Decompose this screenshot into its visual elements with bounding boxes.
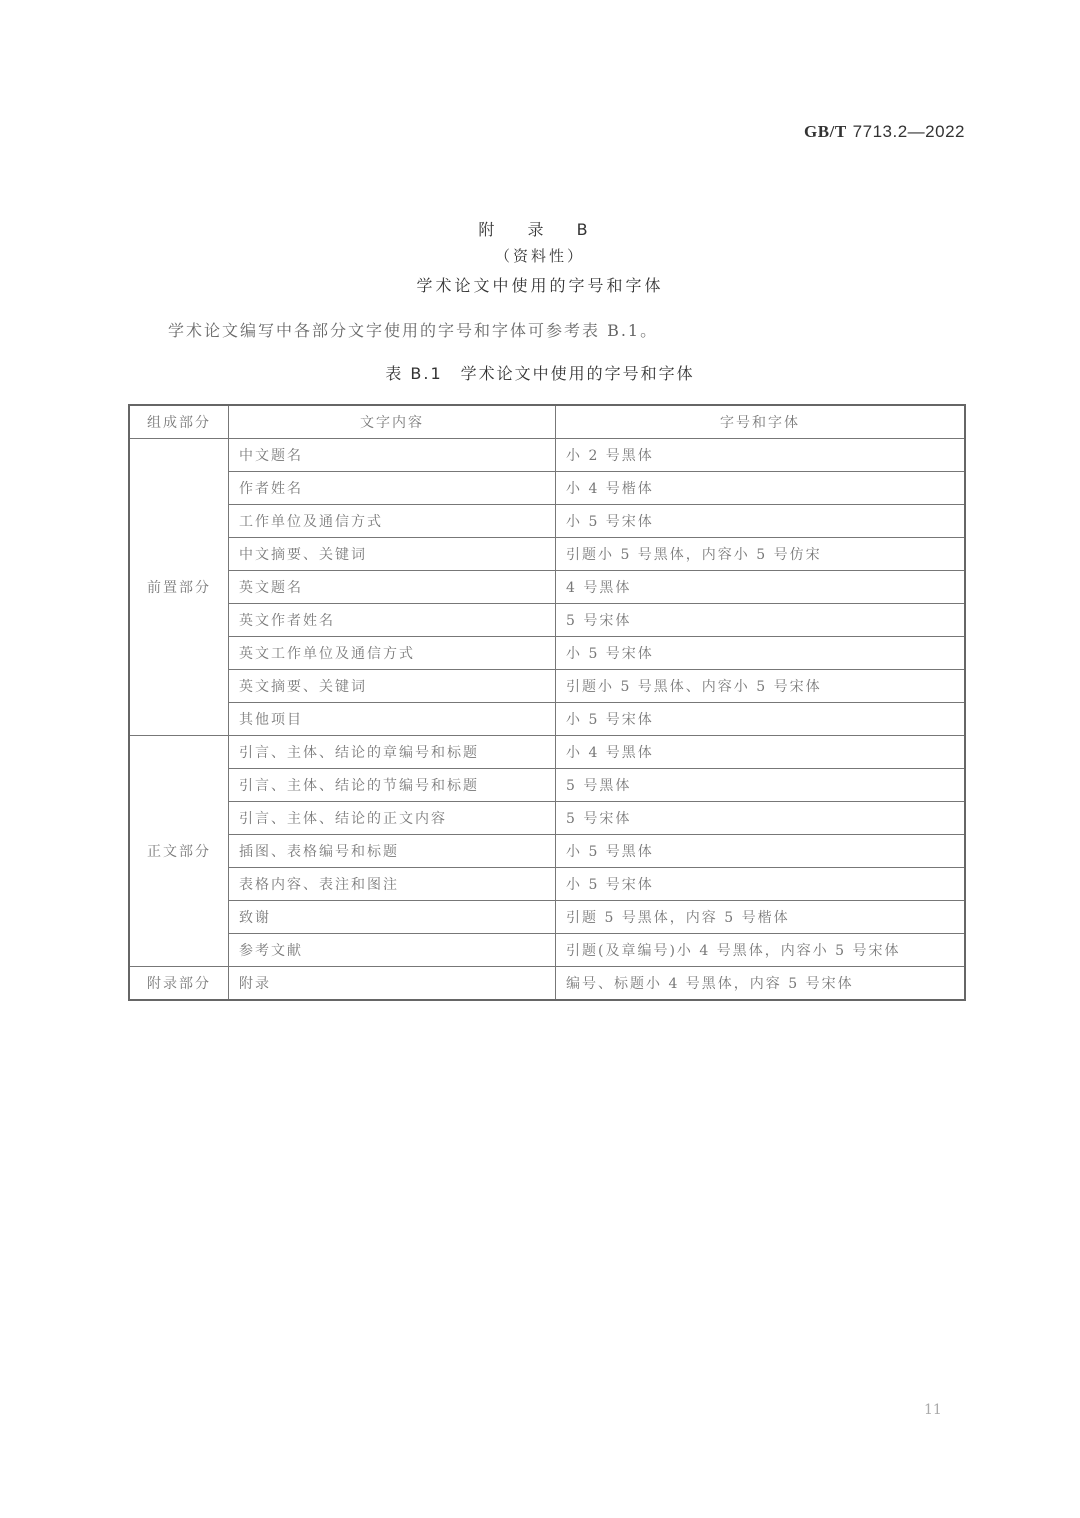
font-cell: 5 号宋体 xyxy=(556,604,966,637)
table-header-row: 组成部分 文字内容 字号和字体 xyxy=(129,405,965,439)
font-size-table: 组成部分 文字内容 字号和字体 前置部分中文题名小 2 号黑体作者姓名小 4 号… xyxy=(128,404,966,1001)
content-cell: 英文题名 xyxy=(229,571,556,604)
header-group: 组成部分 xyxy=(129,405,229,439)
table-row: 英文摘要、关键词引题小 5 号黑体、内容小 5 号宋体 xyxy=(129,670,965,703)
table-row: 英文工作单位及通信方式小 5 号宋体 xyxy=(129,637,965,670)
font-cell: 引题小 5 号黑体、内容小 5 号宋体 xyxy=(556,670,966,703)
content-cell: 插图、表格编号和标题 xyxy=(229,835,556,868)
table-row: 英文题名4 号黑体 xyxy=(129,571,965,604)
font-cell: 引题(及章编号)小 4 号黑体，内容小 5 号宋体 xyxy=(556,934,966,967)
table-row: 参考文献引题(及章编号)小 4 号黑体，内容小 5 号宋体 xyxy=(129,934,965,967)
group-cell: 正文部分 xyxy=(129,736,229,967)
font-cell: 引题小 5 号黑体，内容小 5 号仿宋 xyxy=(556,538,966,571)
table-caption-number: 表 B.1 xyxy=(385,364,442,383)
table-row: 作者姓名小 4 号楷体 xyxy=(129,472,965,505)
table-row: 中文摘要、关键词引题小 5 号黑体，内容小 5 号仿宋 xyxy=(129,538,965,571)
font-cell: 5 号宋体 xyxy=(556,802,966,835)
font-cell: 小 4 号楷体 xyxy=(556,472,966,505)
table-row: 表格内容、表注和图注小 5 号宋体 xyxy=(129,868,965,901)
table-row: 其他项目小 5 号宋体 xyxy=(129,703,965,736)
table-row: 致谢引题 5 号黑体，内容 5 号楷体 xyxy=(129,901,965,934)
table-row: 前置部分中文题名小 2 号黑体 xyxy=(129,439,965,472)
table-row: 插图、表格编号和标题小 5 号黑体 xyxy=(129,835,965,868)
group-cell: 附录部分 xyxy=(129,967,229,1001)
content-cell: 工作单位及通信方式 xyxy=(229,505,556,538)
content-cell: 引言、主体、结论的正文内容 xyxy=(229,802,556,835)
table-caption: 表 B.1学术论文中使用的字号和字体 xyxy=(0,361,1080,384)
table-body: 前置部分中文题名小 2 号黑体作者姓名小 4 号楷体工作单位及通信方式小 5 号… xyxy=(129,439,965,1001)
intro-paragraph: 学术论文编写中各部分文字使用的字号和字体可参考表 B.1。 xyxy=(168,318,658,341)
table-row: 附录部分附录编号、标题小 4 号黑体，内容 5 号宋体 xyxy=(129,967,965,1001)
font-cell: 小 5 号宋体 xyxy=(556,637,966,670)
standard-prefix: GB/T xyxy=(804,122,847,141)
standard-number: 7713.2—2022 xyxy=(853,122,965,141)
font-cell: 小 5 号黑体 xyxy=(556,835,966,868)
table-row: 引言、主体、结论的节编号和标题5 号黑体 xyxy=(129,769,965,802)
content-cell: 引言、主体、结论的节编号和标题 xyxy=(229,769,556,802)
font-cell: 引题 5 号黑体，内容 5 号楷体 xyxy=(556,901,966,934)
appendix-subtitle: 学术论文中使用的字号和字体 xyxy=(0,273,1080,296)
content-cell: 英文工作单位及通信方式 xyxy=(229,637,556,670)
font-cell: 小 2 号黑体 xyxy=(556,439,966,472)
font-cell: 小 5 号宋体 xyxy=(556,505,966,538)
table-caption-title: 学术论文中使用的字号和字体 xyxy=(461,364,695,383)
page-number: 11 xyxy=(924,1402,942,1418)
content-cell: 参考文献 xyxy=(229,934,556,967)
appendix-nature: （资料性） xyxy=(0,245,1080,266)
header-font: 字号和字体 xyxy=(556,405,966,439)
group-cell: 前置部分 xyxy=(129,439,229,736)
font-cell: 小 5 号宋体 xyxy=(556,868,966,901)
appendix-title: 附 录 B xyxy=(0,217,1080,240)
content-cell: 表格内容、表注和图注 xyxy=(229,868,556,901)
content-cell: 其他项目 xyxy=(229,703,556,736)
table-row: 正文部分引言、主体、结论的章编号和标题小 4 号黑体 xyxy=(129,736,965,769)
content-cell: 引言、主体、结论的章编号和标题 xyxy=(229,736,556,769)
font-cell: 4 号黑体 xyxy=(556,571,966,604)
font-cell: 5 号黑体 xyxy=(556,769,966,802)
content-cell: 作者姓名 xyxy=(229,472,556,505)
content-cell: 英文摘要、关键词 xyxy=(229,670,556,703)
header-content: 文字内容 xyxy=(229,405,556,439)
content-cell: 英文作者姓名 xyxy=(229,604,556,637)
font-cell: 小 4 号黑体 xyxy=(556,736,966,769)
table-row: 英文作者姓名5 号宋体 xyxy=(129,604,965,637)
table-row: 引言、主体、结论的正文内容5 号宋体 xyxy=(129,802,965,835)
standard-code: GB/T7713.2—2022 xyxy=(804,122,965,142)
font-cell: 编号、标题小 4 号黑体，内容 5 号宋体 xyxy=(556,967,966,1001)
content-cell: 中文题名 xyxy=(229,439,556,472)
content-cell: 中文摘要、关键词 xyxy=(229,538,556,571)
table-row: 工作单位及通信方式小 5 号宋体 xyxy=(129,505,965,538)
content-cell: 致谢 xyxy=(229,901,556,934)
content-cell: 附录 xyxy=(229,967,556,1001)
font-cell: 小 5 号宋体 xyxy=(556,703,966,736)
